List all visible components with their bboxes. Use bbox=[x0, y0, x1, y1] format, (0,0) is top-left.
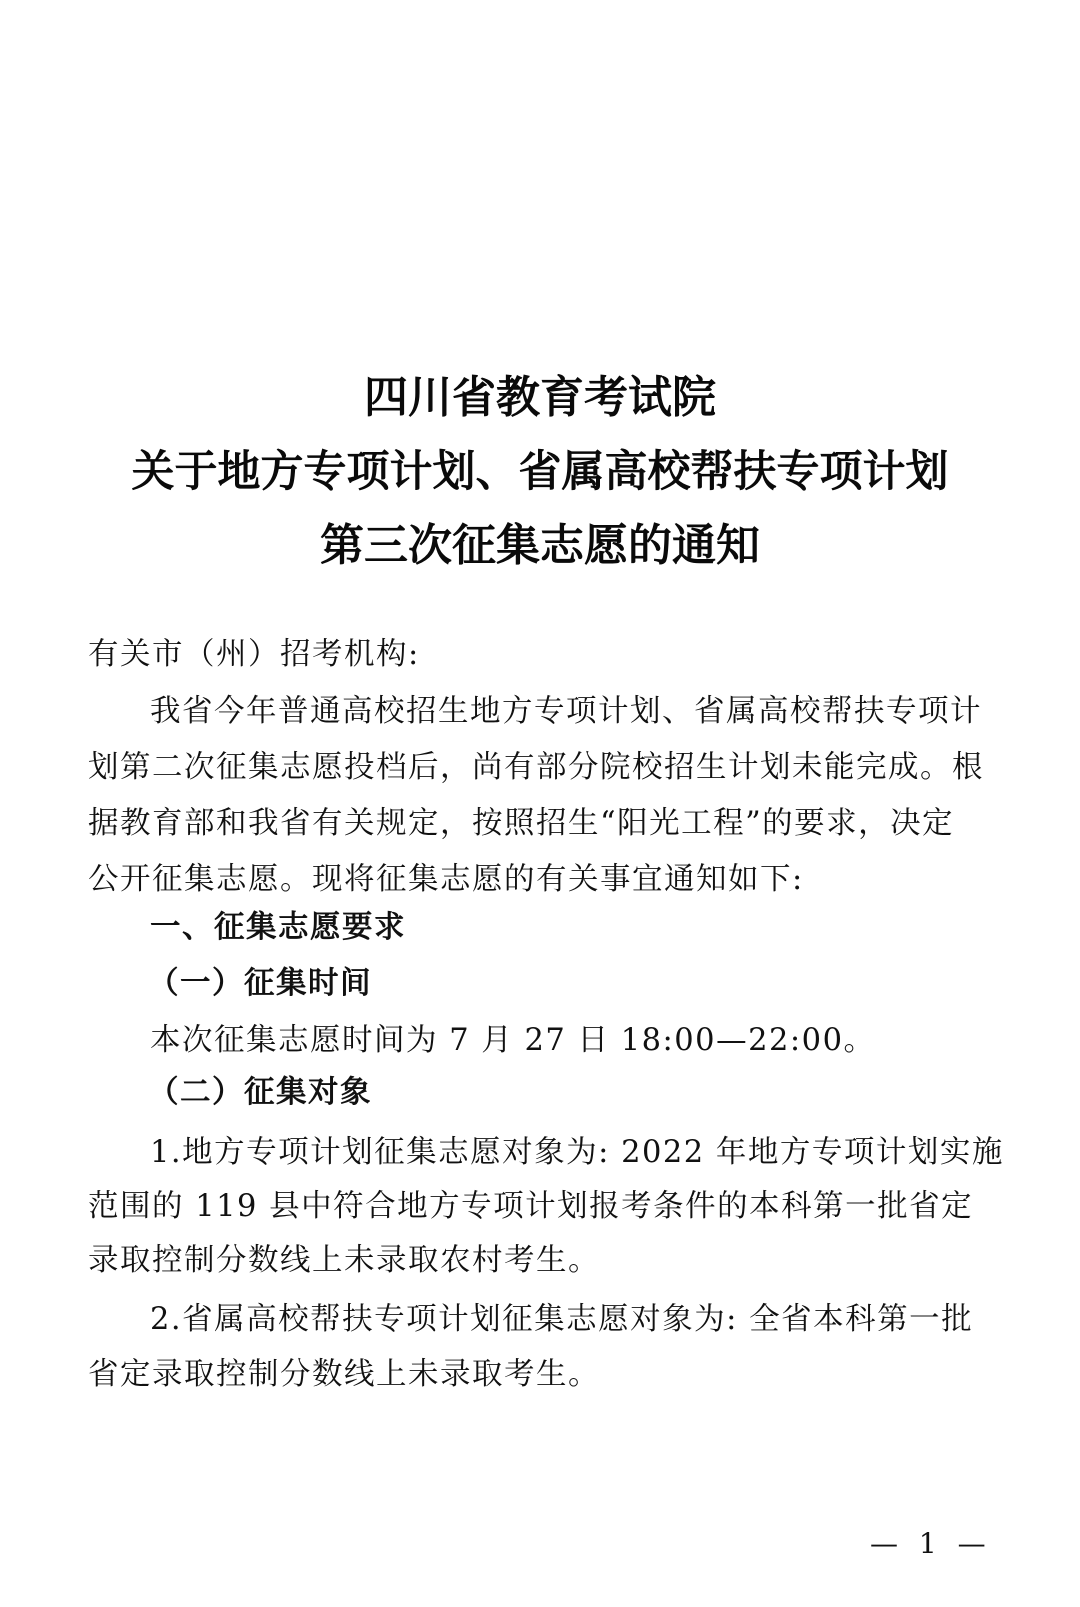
subsection-1-text: 本次征集志愿时间为 7 月 27 日 18:00—22:00。 bbox=[150, 1023, 1050, 1059]
subsection-1-heading: （一）征集时间 bbox=[148, 966, 1048, 1002]
page-number: — 1 — bbox=[870, 1528, 992, 1560]
salutation: 有关市（州）招考机构: bbox=[88, 637, 988, 673]
subsection-2-heading: （二）征集对象 bbox=[148, 1075, 1048, 1111]
item-1-line-2: 范围的 119 县中符合地方专项计划报考条件的本科第一批省定 bbox=[88, 1189, 988, 1225]
intro-line-1: 我省今年普通高校招生地方专项计划、省属高校帮扶专项计 bbox=[150, 694, 1050, 730]
item-1-line-1: 1.地方专项计划征集志愿对象为: 2022 年地方专项计划实施 bbox=[150, 1135, 1050, 1171]
section-1-heading: 一、征集志愿要求 bbox=[150, 910, 1050, 946]
title-line-3: 第三次征集志愿的通知 bbox=[0, 520, 1080, 572]
title-line-2: 关于地方专项计划、省属高校帮扶专项计划 bbox=[0, 446, 1080, 498]
intro-line-3: 据教育部和我省有关规定，按照招生“阳光工程”的要求，决定 bbox=[88, 806, 988, 842]
intro-line-2: 划第二次征集志愿投档后，尚有部分院校招生计划未能完成。根 bbox=[88, 750, 988, 786]
item-2-line-1: 2.省属高校帮扶专项计划征集志愿对象为: 全省本科第一批 bbox=[150, 1302, 1050, 1338]
item-1-line-3: 录取控制分数线上未录取农村考生。 bbox=[88, 1243, 988, 1279]
item-2-line-2: 省定录取控制分数线上未录取考生。 bbox=[88, 1357, 988, 1393]
intro-line-4: 公开征集志愿。现将征集志愿的有关事宜通知如下: bbox=[88, 862, 988, 898]
title-line-1: 四川省教育考试院 bbox=[0, 372, 1080, 424]
